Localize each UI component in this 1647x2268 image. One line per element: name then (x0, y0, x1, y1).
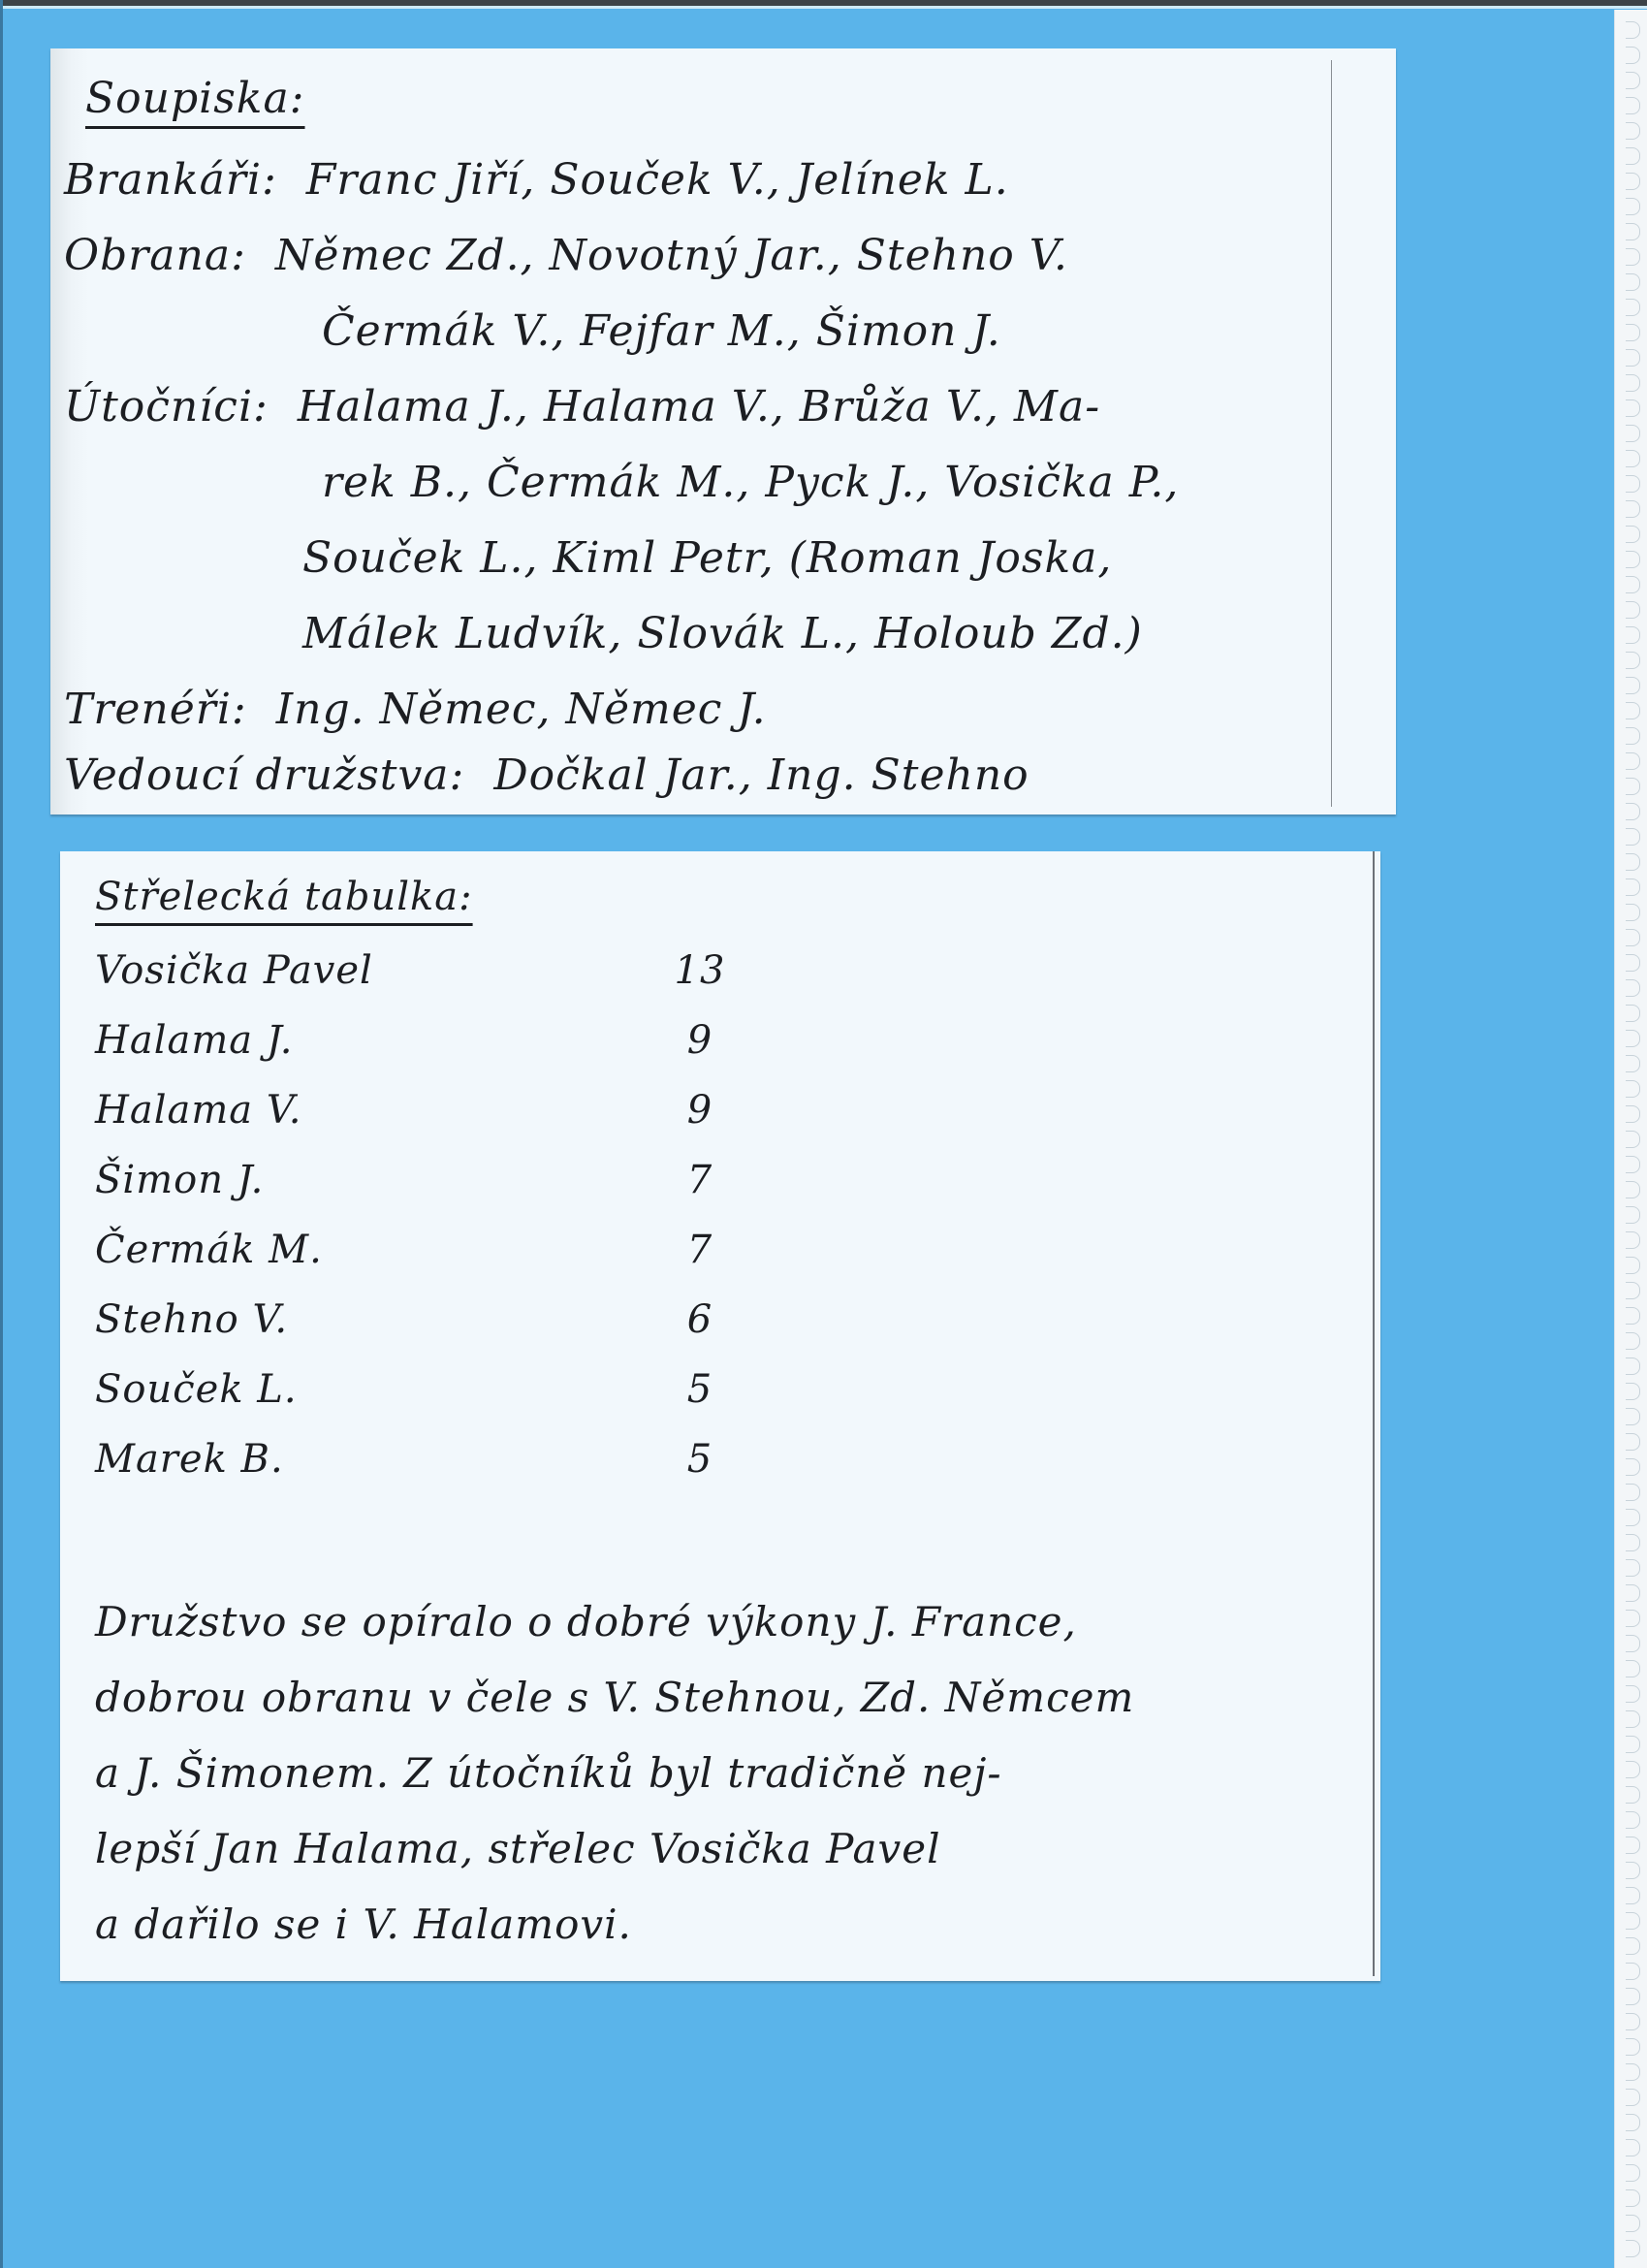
forwards-names-2: rek B., Čermák M., Pyck J., Vosička P., (322, 458, 1179, 507)
sleeve-hole-icon (1626, 1206, 1640, 1224)
sleeve-hole-icon (1626, 551, 1640, 568)
sleeve-hole-icon (1626, 97, 1640, 114)
sleeve-hole-icon (1626, 1433, 1640, 1451)
goalkeepers-label: Brankáři: (64, 155, 277, 205)
sleeve-hole-icon (1626, 2139, 1640, 2156)
sleeve-hole-icon (1626, 1105, 1640, 1123)
sleeve-hole-icon (1626, 803, 1640, 820)
summary-line: a J. Šimonem. Z útočníků byl tradičně ne… (95, 1749, 1002, 1797)
sleeve-hole-icon (1626, 954, 1640, 972)
sleeve-hole-icon (1626, 1635, 1640, 1652)
sleeve-hole-icon (1626, 601, 1640, 619)
sleeve-hole-icon (1626, 626, 1640, 644)
sleeve-hole-icon (1626, 1030, 1640, 1047)
sleeve-hole-icon (1626, 1963, 1640, 1980)
roster-line-goalkeepers: Brankáři:Franc Jiří, Souček V., Jelínek … (64, 155, 1009, 205)
scorer-goals: 5 (661, 1367, 739, 1412)
sleeve-hole-icon (1626, 273, 1640, 291)
scorer-name: Halama J. (95, 1018, 294, 1063)
sleeve-hole-icon (1626, 450, 1640, 467)
sleeve-hole-icon (1626, 47, 1640, 64)
sleeve-hole-icon (1626, 1383, 1640, 1400)
sleeve-hole-icon (1626, 1912, 1640, 1930)
scorer-name: Vosička Pavel (95, 948, 373, 993)
scorer-goals: 6 (661, 1297, 739, 1342)
sleeve-hole-icon (1626, 1484, 1640, 1501)
sleeve-hole-icon (1626, 1761, 1640, 1778)
sleeve-hole-icon (1626, 1332, 1640, 1350)
sleeve-hole-icon (1626, 929, 1640, 946)
sleeve-hole-icon (1626, 1887, 1640, 1904)
sleeve-hole-icon (1626, 1660, 1640, 1677)
sleeve-hole-icon (1626, 1005, 1640, 1022)
sleeve-hole-icon (1626, 904, 1640, 921)
sleeve-hole-icon (1626, 198, 1640, 215)
sleeve-hole-icon (1626, 248, 1640, 266)
sleeve-hole-icon (1626, 1080, 1640, 1098)
sleeve-hole-icon (1626, 677, 1640, 694)
sleeve-hole-icon (1626, 1181, 1640, 1198)
sleeve-hole-icon (1626, 979, 1640, 997)
sleeve-hole-icon (1626, 72, 1640, 89)
scorers-card: Střelecká tabulka: Vosička Pavel13Halama… (60, 851, 1380, 1981)
summary-line: a dařilo se i V. Halamovi. (95, 1901, 632, 1948)
sleeve-hole-icon (1626, 1610, 1640, 1627)
coaches-names: Ing. Němec, Němec J. (276, 685, 767, 734)
team-leaders-names: Dočkal Jar., Ing. Stehno (493, 751, 1029, 800)
sleeve-hole-icon (1626, 399, 1640, 417)
sleeve-hole-icon (1626, 122, 1640, 140)
roster-line-coaches: Trenéři:Ing. Němec, Němec J. (64, 685, 767, 734)
sleeve-hole-icon (1626, 173, 1640, 190)
defence-names-2: Čermák V., Fejfar M., Šimon J. (322, 306, 1001, 356)
sleeve-hole-icon (1626, 1736, 1640, 1753)
sleeve-hole-icon (1626, 2164, 1640, 2182)
sleeve-hole-icon (1626, 1131, 1640, 1148)
sleeve-hole-icon (1626, 374, 1640, 392)
summary-line: lepší Jan Halama, střelec Vosička Pavel (95, 1825, 941, 1872)
sleeve-hole-icon (1626, 1055, 1640, 1072)
sleeve-hole-icon (1626, 223, 1640, 240)
scorer-goals: 5 (661, 1437, 739, 1482)
sleeve-hole-icon (1626, 1710, 1640, 1728)
sleeve-hole-icon (1626, 727, 1640, 745)
forwards-names-3: Souček L., Kiml Petr, (Roman Joska, (302, 533, 1112, 583)
sleeve-hole-icon (1626, 2038, 1640, 2056)
sleeve-hole-icon (1626, 299, 1640, 316)
sleeve-hole-icon (1626, 147, 1640, 165)
plastic-sleeve-strip (1614, 10, 1647, 2268)
sleeve-hole-icon (1626, 1156, 1640, 1173)
roster-line-defence: Obrana:Němec Zd., Novotný Jar., Stehno V… (64, 231, 1068, 280)
forwards-names-4: Málek Ludvík, Slovák L., Holoub Zd.) (302, 609, 1143, 658)
sleeve-hole-icon (1626, 702, 1640, 719)
sleeve-hole-icon (1626, 2063, 1640, 2081)
scorer-goals: 9 (661, 1088, 739, 1133)
sleeve-hole-icon (1626, 1988, 1640, 2005)
sleeve-hole-icon (1626, 2189, 1640, 2207)
sleeve-hole-icon (1626, 1358, 1640, 1375)
roster-line-forwards: Útočníci:Halama J., Halama V., Brůža V.,… (64, 382, 1100, 431)
scorer-name: Šimon J. (95, 1158, 264, 1202)
scorer-name: Čermák M. (95, 1228, 323, 1272)
scorer-name: Stehno V. (95, 1297, 288, 1342)
sleeve-hole-icon (1626, 1408, 1640, 1425)
sleeve-hole-icon (1626, 752, 1640, 770)
roster-title: Soupiska: (85, 74, 305, 123)
card-edge-line (1331, 60, 1332, 807)
sleeve-hole-icon (1626, 1837, 1640, 1854)
sleeve-hole-icon (1626, 1811, 1640, 1829)
roster-line-team-leaders: Vedoucí družstva:Dočkal Jar., Ing. Stehn… (64, 751, 1029, 800)
sleeve-hole-icon (1626, 1307, 1640, 1325)
sleeve-hole-icon (1626, 475, 1640, 493)
scan-top-highlight (0, 6, 1647, 9)
coaches-label: Trenéři: (64, 685, 247, 734)
sleeve-hole-icon (1626, 2114, 1640, 2131)
sleeve-hole-icon (1626, 1458, 1640, 1476)
sleeve-hole-icon (1626, 2013, 1640, 2030)
sleeve-hole-icon (1626, 1937, 1640, 1955)
sleeve-hole-icon (1626, 1786, 1640, 1804)
sleeve-hole-icon (1626, 778, 1640, 795)
scorer-name: Marek B. (95, 1437, 284, 1482)
scorer-name: Souček L. (95, 1367, 298, 1412)
sleeve-hole-icon (1626, 500, 1640, 518)
sleeve-hole-icon (1626, 425, 1640, 442)
scorer-name: Halama V. (95, 1088, 301, 1133)
sleeve-hole-icon (1626, 853, 1640, 871)
sleeve-hole-icon (1626, 1231, 1640, 1249)
scorer-goals: 7 (661, 1228, 739, 1272)
forwards-names-1: Halama J., Halama V., Brůža V., Ma- (298, 382, 1100, 431)
sleeve-hole-icon (1626, 1534, 1640, 1551)
goalkeepers-names: Franc Jiří, Souček V., Jelínek L. (306, 155, 1009, 205)
sleeve-hole-icon (1626, 324, 1640, 341)
sleeve-hole-icon (1626, 1509, 1640, 1526)
sleeve-hole-icon (1626, 1559, 1640, 1577)
scorers-title: Střelecká tabulka: (95, 875, 473, 919)
defence-names-1: Němec Zd., Novotný Jar., Stehno V. (275, 231, 1068, 280)
sleeve-hole-icon (1626, 1257, 1640, 1274)
sleeve-hole-icon (1626, 2089, 1640, 2106)
sleeve-hole-icon (1626, 1282, 1640, 1299)
roster-card: Soupiska: Brankáři:Franc Jiří, Souček V.… (50, 48, 1396, 815)
sleeve-hole-icon (1626, 2240, 1640, 2257)
sleeve-hole-icon (1626, 576, 1640, 593)
sleeve-hole-icon (1626, 2215, 1640, 2232)
team-leaders-label: Vedoucí družstva: (64, 751, 464, 800)
sleeve-hole-icon (1626, 349, 1640, 367)
sleeve-hole-icon (1626, 526, 1640, 543)
sleeve-hole-icon (1626, 1685, 1640, 1703)
summary-line: dobrou obranu v čele s V. Stehnou, Zd. N… (95, 1674, 1134, 1721)
scan-left-edge (0, 0, 3, 2268)
card-edge-line (1373, 851, 1375, 1976)
sleeve-hole-icon (1626, 878, 1640, 896)
summary-line: Družstvo se opíralo o dobré výkony J. Fr… (95, 1598, 1077, 1645)
sleeve-hole-icon (1626, 1584, 1640, 1602)
sleeve-hole-icon (1626, 1862, 1640, 1879)
scorer-goals: 7 (661, 1158, 739, 1202)
sleeve-hole-icon (1626, 652, 1640, 669)
scorer-goals: 13 (661, 948, 739, 993)
scorer-goals: 9 (661, 1018, 739, 1063)
forwards-label: Útočníci: (64, 382, 269, 431)
sleeve-hole-icon (1626, 828, 1640, 846)
defence-label: Obrana: (64, 231, 246, 280)
sleeve-hole-icon (1626, 21, 1640, 39)
